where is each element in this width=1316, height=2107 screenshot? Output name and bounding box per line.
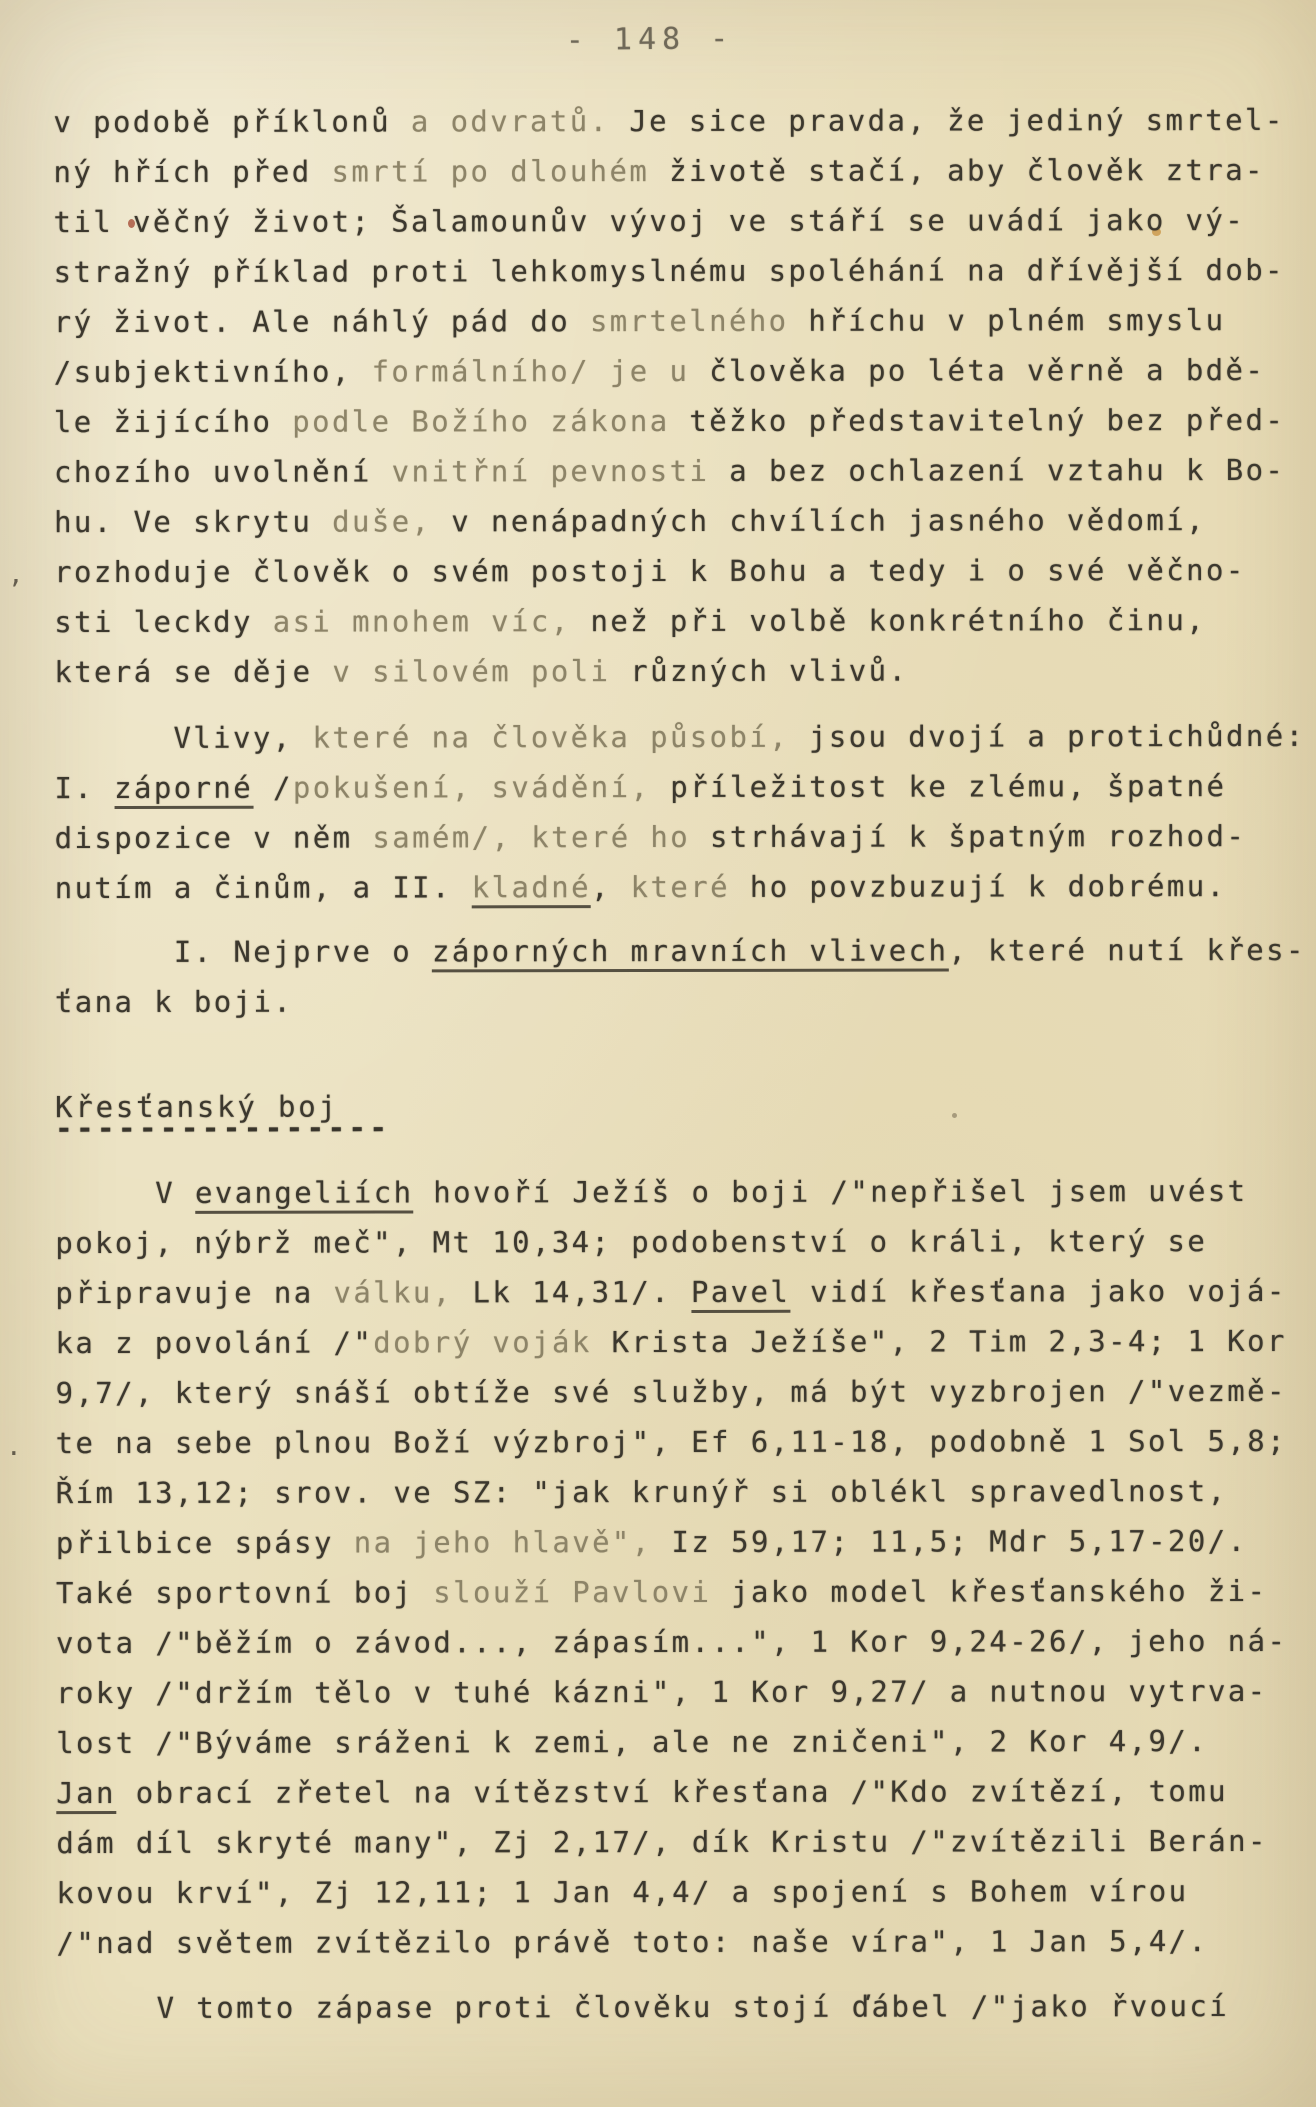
text-segment: životě stačí, aby člověk ztra- xyxy=(649,153,1265,188)
text-segment: Krista Ježíše", 2 Tim 2,3-4; 1 Kor xyxy=(592,1324,1287,1359)
text-segment: / xyxy=(253,771,293,805)
text-segment: duše, xyxy=(332,504,431,538)
text-segment: sti leckdy xyxy=(54,605,273,639)
text-segment: které xyxy=(631,870,730,904)
text-segment: ný hřích před xyxy=(53,155,331,189)
text-segment: válku, xyxy=(333,1275,452,1309)
text-line: /subjektivního, formálního/ je u člověka… xyxy=(54,345,1285,397)
text-segment: smrtelného xyxy=(590,304,789,338)
text-segment: na jeho hlavě", xyxy=(354,1525,652,1560)
text-segment: le žijícího xyxy=(54,405,292,439)
underlined-text: záporné xyxy=(114,771,253,809)
text-segment: vota /"běžím o závod..., zápasím...", 1 … xyxy=(56,1624,1287,1660)
text-segment: ---------------- xyxy=(55,1110,390,1145)
text-segment: dispozice v něm xyxy=(55,821,373,856)
text-segment: chozího uvolnění xyxy=(54,454,392,489)
text-segment: člověka po léta věrně a bdě- xyxy=(689,353,1265,388)
text-segment: kovou krví", Zj 12,11; 1 Jan 4,4/ a spoj… xyxy=(56,1874,1188,1910)
text-line: ný hřích před smrtí po dlouhém životě st… xyxy=(53,145,1284,197)
text-segment: v silovém poli xyxy=(332,654,610,688)
underlined-text: Pavel xyxy=(691,1275,790,1313)
text-line: rý život. Ale náhlý pád do smrtelného hř… xyxy=(54,295,1285,347)
text-segment: v nenápadných chvílích jasného vědomí, xyxy=(431,503,1206,538)
text-segment: která se děje xyxy=(54,655,332,689)
text-segment: pokušení, svádění, xyxy=(293,770,651,805)
text-line: která se děje v silovém poli různých vli… xyxy=(54,645,1285,697)
text-line: pokoj, nýbrž meč", Mt 10,34; podobenství… xyxy=(55,1216,1286,1268)
text-line: til věčný život; Šalamounův vývoj ve stá… xyxy=(53,195,1284,247)
text-segment: které na člověka působí, xyxy=(312,720,789,755)
text-line: přilbice spásy na jeho hlavě", Iz 59,17;… xyxy=(56,1516,1287,1568)
text-segment: a bez ochlazení vztahu k Bo- xyxy=(709,453,1285,488)
heading-underline: ---------------- xyxy=(55,1116,1286,1152)
text-segment: těžko představitelný bez před- xyxy=(670,403,1286,438)
text-line: v podobě příklonů a odvratů. Je sice pra… xyxy=(53,95,1284,147)
text-line: dispozice v něm samém/, které ho strháva… xyxy=(55,811,1286,863)
text-segment: Iz 59,17; 11,5; Mdr 5,17-20/. xyxy=(652,1524,1248,1559)
text-segment: vnitřní pevnosti xyxy=(392,454,710,489)
text-segment: ka z povolání /" xyxy=(55,1326,373,1361)
text-segment: formálního/ je u xyxy=(372,354,690,389)
text-segment: přilbice spásy xyxy=(56,1526,354,1561)
text-line: le žijícího podle Božího zákona těžko př… xyxy=(54,395,1285,447)
text-segment: podle Božího zákona xyxy=(292,404,669,439)
text-segment: hovoří Ježíš o boji /"nepřišel jsem uvés… xyxy=(413,1174,1247,1209)
text-line: 9,7/, který snáší obtíže své služby, má … xyxy=(56,1366,1287,1418)
text-line: vota /"běžím o závod..., zápasím...", 1 … xyxy=(56,1616,1287,1668)
text-segment: stražný příklad proti lehkomyslnému spol… xyxy=(54,253,1285,289)
text-segment: pokoj, nýbrž meč", Mt 10,34; podobenství… xyxy=(55,1224,1207,1260)
text-segment: Lk 14,31/. xyxy=(453,1275,691,1309)
text-line: hu. Ve skrytu duše, v nenápadných chvílí… xyxy=(54,495,1285,547)
text-line: I. Nejprve o záporných mravních vlivech,… xyxy=(55,925,1286,977)
text-segment: příležitost ke zlému, špatné xyxy=(650,769,1226,804)
text-segment: 9,7/, který snáší obtíže své služby, má … xyxy=(56,1374,1287,1410)
text-segment: v podobě příklonů xyxy=(53,104,411,139)
text-segment: dobrý voják xyxy=(373,1325,592,1359)
text-segment: rozhoduje člověk o svém postoji k Bohu a… xyxy=(54,553,1246,589)
text-line: Také sportovní boj slouží Pavlovi jako m… xyxy=(56,1566,1287,1618)
underlined-text: kladné xyxy=(472,870,591,908)
text-segment: smrtí po dlouhém xyxy=(331,154,649,189)
text-line: te na sebe plnou Boží výzbroj", Ef 6,11-… xyxy=(56,1416,1287,1468)
text-segment: I. xyxy=(54,771,114,805)
text-segment: různých vlivů. xyxy=(610,654,908,689)
text-segment: /subjektivního, xyxy=(54,355,372,390)
typewritten-page: - 148 - , . v podobě příklonů a odvratů.… xyxy=(0,0,1316,2107)
text-segment: Také sportovní boj xyxy=(56,1575,433,1610)
underlined-text: záporných mravních vlivech xyxy=(432,934,948,973)
text-segment: V xyxy=(155,1176,195,1210)
text-segment: dám díl skryté many", Zj 2,17/, dík Kris… xyxy=(56,1824,1267,1860)
text-segment: samém/, které ho xyxy=(372,820,690,855)
text-line: nutím a činům, a II. kladné, které ho po… xyxy=(55,861,1286,913)
text-segment: strhávají k špatným rozhod- xyxy=(690,819,1246,854)
text-segment: a odvratů. xyxy=(411,104,610,138)
text-segment: jako model křesťanského ži- xyxy=(711,1574,1267,1609)
text-line: připravuje na válku, Lk 14,31/. Pavel vi… xyxy=(55,1266,1286,1318)
text-segment: jsou dvojí a protichůdné: xyxy=(789,719,1305,754)
text-segment: ho povzbuzují k dobrému. xyxy=(730,869,1227,904)
text-segment: I. Nejprve o xyxy=(174,934,432,968)
text-line: Jan obrací zřetel na vítězství křesťana … xyxy=(56,1766,1287,1818)
text-line: rozhoduje člověk o svém postoji k Bohu a… xyxy=(54,545,1285,597)
text-line: ťana k boji. xyxy=(55,975,1286,1027)
text-segment: hříchu v plném smyslu xyxy=(789,303,1226,338)
text-line: chozího uvolnění vnitřní pevnosti a bez … xyxy=(54,445,1285,497)
text-segment: /"nad světem zvítězilo právě toto: naše … xyxy=(57,1924,1209,1960)
text-segment: Řím 13,12; srov. ve SZ: "jak krunýř si o… xyxy=(56,1474,1228,1510)
text-segment: til věčný život; Šalamounův vývoj ve stá… xyxy=(53,203,1245,239)
text-segment: nutím a činům, a II. xyxy=(55,870,472,905)
text-segment: , které nutí křes- xyxy=(948,933,1306,968)
text-segment: roky /"držím tělo v tuhé kázni", 1 Kor 9… xyxy=(56,1674,1267,1710)
text-segment: , xyxy=(591,870,631,904)
text-segment: vidí křesťana jako vojá- xyxy=(790,1274,1287,1309)
underlined-text: evangeliích xyxy=(195,1175,414,1213)
text-line: Řím 13,12; srov. ve SZ: "jak krunýř si o… xyxy=(56,1466,1287,1518)
text-segment: te na sebe plnou Boží výzbroj", Ef 6,11-… xyxy=(56,1424,1287,1460)
text-line: roky /"držím tělo v tuhé kázni", 1 Kor 9… xyxy=(56,1666,1287,1718)
text-line: dám díl skryté many", Zj 2,17/, dík Kris… xyxy=(56,1816,1287,1868)
text-segment: Vlivy, xyxy=(173,721,312,755)
text-line: Vlivy, které na člověka působí, jsou dvo… xyxy=(54,711,1285,763)
text-segment: rý život. Ale náhlý pád do xyxy=(54,304,590,339)
text-segment: slouží Pavlovi xyxy=(433,1575,711,1609)
text-line: ka z povolání /"dobrý voják Krista Ježíš… xyxy=(55,1316,1286,1368)
text-segment: Je sice pravda, že jediný smrtel- xyxy=(609,103,1284,138)
text-segment: V tomto zápase proti člověku stojí ďábel… xyxy=(157,1989,1229,2025)
text-segment: obrací zřetel na vítězství křesťana /"Kd… xyxy=(116,1774,1228,1810)
text-segment: asi mnohem víc, xyxy=(273,604,571,639)
margin-artifact: . xyxy=(6,1432,22,1462)
text-segment: ťana k boji. xyxy=(55,985,293,1019)
text-line: lost /"Býváme sráženi k zemi, ale ne zni… xyxy=(56,1716,1287,1768)
underlined-text: Jan xyxy=(56,1776,116,1814)
text-line: sti leckdy asi mnohem víc, než při volbě… xyxy=(54,595,1285,647)
text-line: V evangeliích hovoří Ježíš o boji /"nepř… xyxy=(55,1166,1286,1218)
text-segment: připravuje na xyxy=(55,1276,333,1310)
text-line: stražný příklad proti lehkomyslnému spol… xyxy=(54,245,1285,297)
text-line: /"nad světem zvítězilo právě toto: naše … xyxy=(56,1916,1287,1968)
document-body: v podobě příklonů a odvratů. Je sice pra… xyxy=(53,95,1287,2033)
text-segment: hu. Ve skrytu xyxy=(54,505,332,539)
margin-artifact: , xyxy=(8,560,24,590)
text-line: I. záporné /pokušení, svádění, příležito… xyxy=(54,761,1285,813)
text-line: V tomto zápase proti člověku stojí ďábel… xyxy=(57,1981,1288,2033)
text-segment: než při volbě konkrétního činu, xyxy=(571,603,1207,638)
text-segment: lost /"Býváme sráženi k zemi, ale ne zni… xyxy=(56,1724,1208,1760)
page-number: - 148 - xyxy=(520,21,780,59)
text-line: kovou krví", Zj 12,11; 1 Jan 4,4/ a spoj… xyxy=(56,1866,1287,1918)
